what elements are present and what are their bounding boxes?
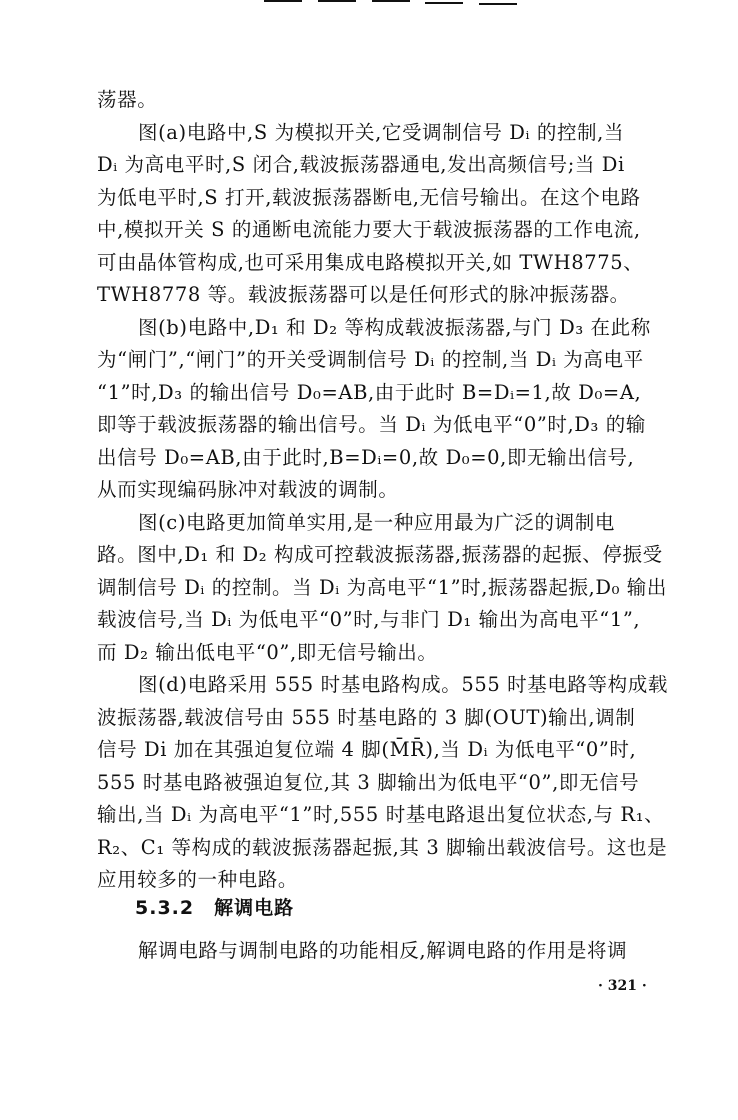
text-line: 载波信号,当 Dᵢ 为低电平“0”时,与非门 D₁ 输出为高电平“1”, — [97, 608, 685, 632]
text-line: 荡器。 — [97, 88, 685, 112]
text-line: 为“闸门”,“闸门”的开关受调制信号 Dᵢ 的控制,当 Dᵢ 为高电平 — [97, 348, 685, 372]
paragraph-c-start: 图(c)电路更加简单实用,是一种应用最为广泛的调制电 — [138, 511, 685, 535]
top-rule — [264, 0, 302, 2]
paragraph-b-start: 图(b)电路中,D₁ 和 D₂ 等构成载波振荡器,与门 D₃ 在此称 — [138, 316, 685, 340]
top-rule — [425, 2, 463, 4]
text-line: 为低电平时,S 打开,载波振荡器断电,无信号输出。在这个电路 — [97, 186, 685, 210]
text-line: 信号 Di 加在其强迫复位端 4 脚(M̄R̄),当 Dᵢ 为低电平“0”时, — [97, 738, 685, 762]
text-line: 即等于载波振荡器的输出信号。当 Dᵢ 为低电平“0”时,D₃ 的输 — [97, 413, 685, 437]
page-number: · 321 · — [598, 978, 647, 994]
text-line: R₂、C₁ 等构成的载波振荡器起振,其 3 脚输出载波信号。这也是 — [97, 836, 685, 860]
text-line: Dᵢ 为高电平时,S 闭合,载波振荡器通电,发出高频信号;当 Di — [97, 153, 685, 177]
text-line: 出信号 D₀=AB,由于此时,B=Dᵢ=0,故 D₀=0,即无输出信号, — [97, 446, 685, 470]
text-line: 应用较多的一种电路。 — [97, 868, 685, 892]
text-line: 输出,当 Dᵢ 为高电平“1”时,555 时基电路退出复位状态,与 R₁、 — [97, 803, 685, 827]
section-heading: 5.3.2 解调电路 — [135, 893, 294, 920]
paragraph-a-start: 图(a)电路中,S 为模拟开关,它受调制信号 Dᵢ 的控制,当 — [138, 121, 685, 145]
text-line: 中,模拟开关 S 的通断电流能力要大于载波振荡器的工作电流, — [97, 218, 685, 242]
text-line: 路。图中,D₁ 和 D₂ 构成可控载波振荡器,振荡器的起振、停振受 — [97, 543, 685, 567]
top-rule — [318, 0, 356, 2]
paragraph-demod-start: 解调电路与调制电路的功能相反,解调电路的作用是将调 — [138, 939, 685, 963]
text-line: 可由晶体管构成,也可采用集成电路模拟开关,如 TWH8775、 — [97, 251, 685, 275]
text-line: TWH8778 等。载波振荡器可以是任何形式的脉冲振荡器。 — [97, 283, 685, 307]
text-line: 从而实现编码脉冲对载波的调制。 — [97, 478, 685, 502]
text-line: 波振荡器,载波信号由 555 时基电路的 3 脚(OUT)输出,调制 — [97, 706, 685, 730]
paragraph-d-start: 图(d)电路采用 555 时基电路构成。555 时基电路等构成载 — [138, 673, 685, 697]
text-line: 555 时基电路被强迫复位,其 3 脚输出为低电平“0”,即无信号 — [97, 771, 685, 795]
text-line: 而 D₂ 输出低电平“0”,即无信号输出。 — [97, 641, 685, 665]
text-line: 调制信号 Dᵢ 的控制。当 Dᵢ 为高电平“1”时,振荡器起振,D₀ 输出 — [97, 576, 685, 600]
top-rule — [479, 3, 517, 5]
top-rule — [372, 0, 410, 2]
text-line: “1”时,D₃ 的输出信号 D₀=AB,由于此时 B=Dᵢ=1,故 D₀=A, — [97, 381, 685, 405]
